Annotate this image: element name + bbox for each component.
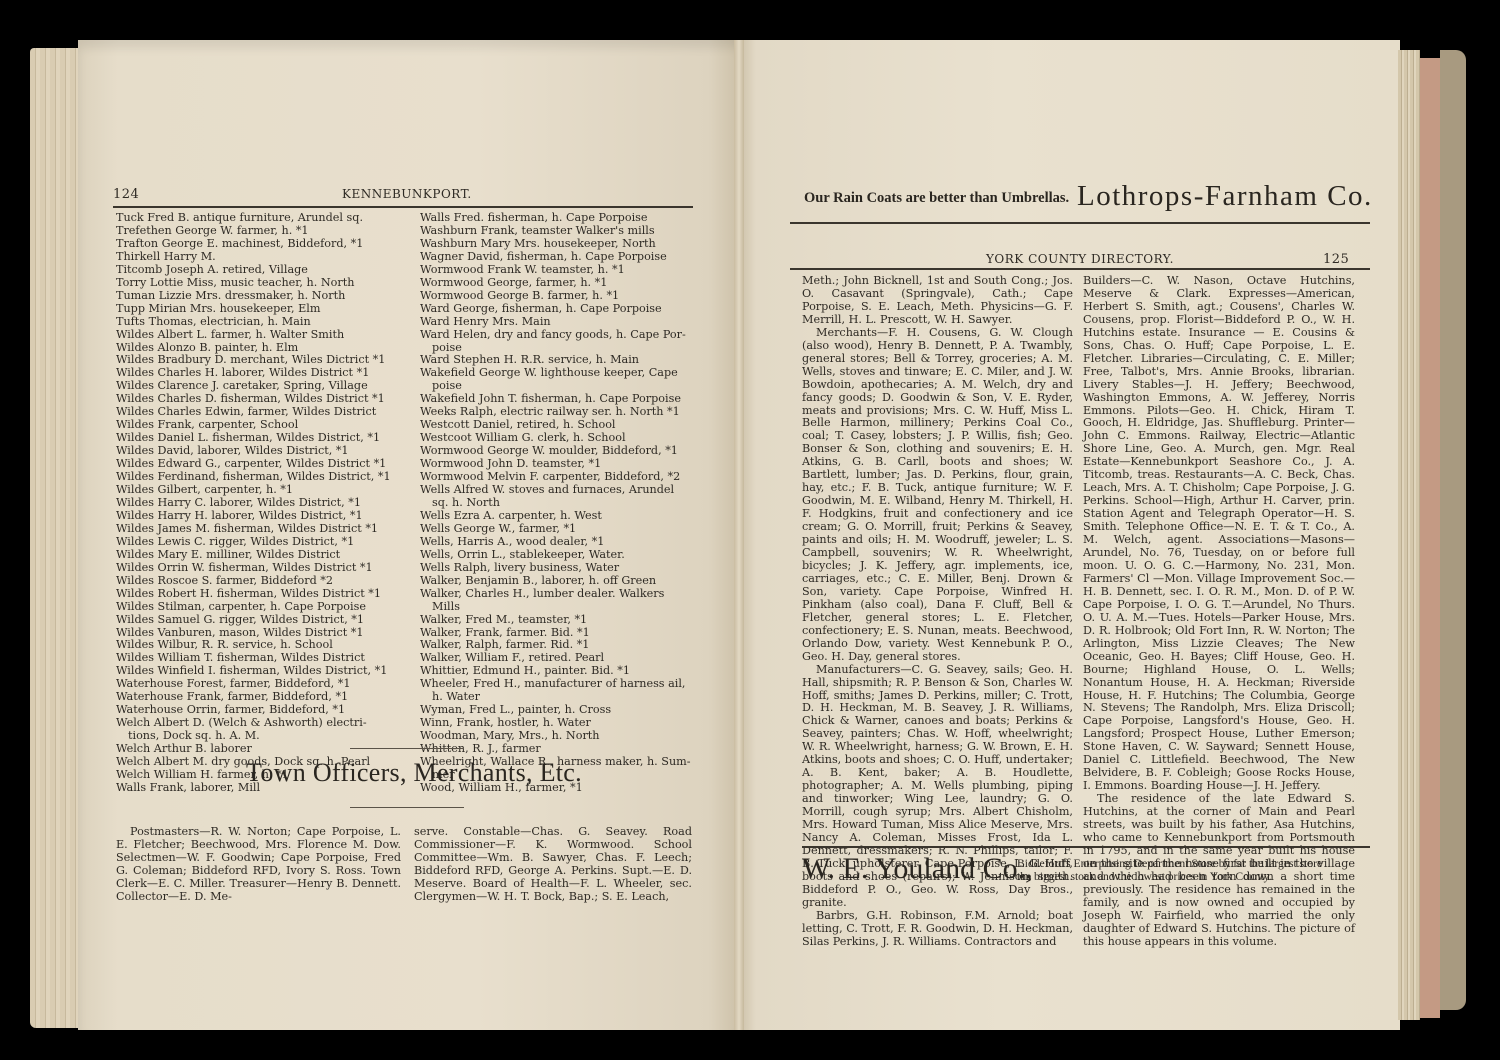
directory-entry: Wildes Robert H. fisherman, Wildes Distr… [116, 588, 408, 601]
directory-entry: Wildes Harry C. laborer, Wildes District… [116, 497, 408, 510]
directory-entry: Wakefield George W. lighthouse keeper, C… [420, 367, 708, 380]
ad-bottom-line-2: the biggest stock and the lowest prices … [1017, 870, 1322, 883]
ad-top-rule [790, 222, 1370, 224]
clergy-physicians-text: Meth.; John Bicknell, 1st and South Cong… [802, 275, 1073, 327]
directory-entry: Trafton George E. machinest, Biddeford, … [116, 238, 408, 251]
town-officers-col-1: Postmasters—R. W. Norton; Cape Porpoise,… [116, 826, 401, 904]
left-directory-column-1: Tuck Fred B. antique furniture, Arundel … [116, 212, 408, 795]
directory-entry: Walker, Charles H., lumber dealer. Walke… [420, 588, 708, 601]
directory-entry: Wells George W., farmer, *1 [420, 523, 708, 536]
barbers-text: Barbrs, G.H. Robinson, F.M. Arnold; boat… [802, 910, 1073, 949]
right-header-rule [790, 268, 1370, 270]
left-header-rule [113, 206, 693, 208]
town-officers-text-1: Postmasters—R. W. Norton; Cape Porpoise,… [116, 826, 401, 904]
directory-entry: Wildes Stilman, carpenter, h. Cape Porpo… [116, 601, 408, 614]
directory-entry: Tufts Thomas, electrician, h. Main [116, 316, 408, 329]
directory-entry: Wildes Mary E. milliner, Wildes District [116, 549, 408, 562]
ad-bottom-description: Biddeford's Enterprising Department Stor… [1017, 857, 1322, 883]
section-rule-top [350, 748, 464, 749]
left-running-head: KENNEBUNKPORT. [342, 187, 472, 201]
ad-bottom-company: W. E. Youland Co., [802, 852, 1033, 886]
directory-entry: Titcomb Joseph A. retired, Village [116, 264, 408, 277]
directory-entry: Wildes Orrin W. fisherman, Wildes Distri… [116, 562, 408, 575]
right-column-2: Builders—C. W. Nason, Octave Hutchins, M… [1083, 275, 1355, 949]
directory-entry: Wells, Harris A., wood dealer, *1 [420, 536, 708, 549]
section-title: Town Officers, Merchants, Etc. [246, 758, 582, 788]
directory-entry: Wormwood Frank W. teamster, h. *1 [420, 264, 708, 277]
ad-slogan: Our Rain Coats are better than Umbrellas… [804, 190, 1069, 207]
directory-entry: Wildes Harry H. laborer, Wildes District… [116, 510, 408, 523]
directory-entry: Wildes Albert L. farmer, h. Walter Smith [116, 329, 408, 342]
open-book: 124 KENNEBUNKPORT. Tuck Fred B. antique … [0, 0, 1500, 1060]
left-page-edges [30, 48, 82, 1028]
directory-entry: Mills [420, 601, 708, 614]
directory-entry: Ward George, fisherman, h. Cape Porpoise [420, 303, 708, 316]
section-rule-bottom [350, 807, 464, 808]
directory-entry: Wells, Orrin L., stablekeeper, Water. [420, 549, 708, 562]
directory-entry: Tuck Fred B. antique furniture, Arundel … [116, 212, 408, 225]
right-page-edges [1398, 50, 1420, 1020]
directory-entry: Wormwood George, farmer, h. *1 [420, 277, 708, 290]
right-column-1: Meth.; John Bicknell, 1st and South Cong… [802, 275, 1073, 949]
right-edge-red-stain [1420, 58, 1440, 1018]
ad-bottom-line-1: Biddeford's Enterprising Department Stor… [1017, 857, 1322, 870]
directory-entry: Walls Fred. fisherman, h. Cape Porpoise [420, 212, 708, 225]
directory-entry: Wildes Samuel G. rigger, Wildes District… [116, 614, 408, 627]
directory-entry: Washburn Frank, teamster Walker's mills [420, 225, 708, 238]
town-officers-text-2: serve. Constable—Chas. G. Seavey. Road C… [414, 826, 692, 904]
directory-entry: Wells Ralph, livery business, Water [420, 562, 708, 575]
directory-entry: Walker, Fred M., teamster, *1 [420, 614, 708, 627]
ad-bottom-rule [802, 846, 1370, 848]
right-cover [1440, 50, 1466, 1010]
ad-company-name: Lothrops-Farnham Co. [1077, 180, 1373, 213]
merchants-text: Merchants—F. H. Cousens, G. W. Clough (a… [802, 327, 1073, 664]
directory-entry: Torry Lottie Miss, music teacher, h. Nor… [116, 277, 408, 290]
directory-entry: Ward Helen, dry and fancy goods, h. Cape… [420, 329, 708, 342]
directory-entry: Thirkell Harry M. [116, 251, 408, 264]
directory-entry: Wells Ezra A. carpenter, h. West [420, 510, 708, 523]
directory-entry: Wildes Roscoe S. farmer, Biddeford *2 [116, 575, 408, 588]
directory-entry: Wagner David, fisherman, h. Cape Porpois… [420, 251, 708, 264]
directory-entry: Trefethen George W. farmer, h. *1 [116, 225, 408, 238]
directory-entry: Wildes James M. fisherman, Wildes Distri… [116, 523, 408, 536]
left-directory-column-2: Walls Fred. fisherman, h. Cape PorpoiseW… [420, 212, 708, 795]
directory-entry: Washburn Mary Mrs. housekeeper, North [420, 238, 708, 251]
directory-entry: sq. h. North [420, 497, 708, 510]
right-running-head: YORK COUNTY DIRECTORY. [986, 252, 1174, 266]
right-page-number: 125 [1323, 252, 1349, 267]
town-officers-col-2: serve. Constable—Chas. G. Seavey. Road C… [414, 826, 692, 904]
left-page-number: 124 [113, 187, 139, 202]
directory-entry: Wildes Lewis C. rigger, Wildes District,… [116, 536, 408, 549]
directory-entry: Tupp Mirian Mrs. housekeeper, Elm [116, 303, 408, 316]
directory-entry: Wormwood George B. farmer, h. *1 [420, 290, 708, 303]
services-associations-hotels-text: Builders—C. W. Nason, Octave Hutchins, M… [1083, 275, 1355, 793]
book-gutter [734, 40, 744, 1030]
directory-entry: Tuman Lizzie Mrs. dressmaker, h. North [116, 290, 408, 303]
directory-entry: Walker, Benjamin B., laborer, h. off Gre… [420, 575, 708, 588]
directory-entry: Ward Henry Mrs. Main [420, 316, 708, 329]
